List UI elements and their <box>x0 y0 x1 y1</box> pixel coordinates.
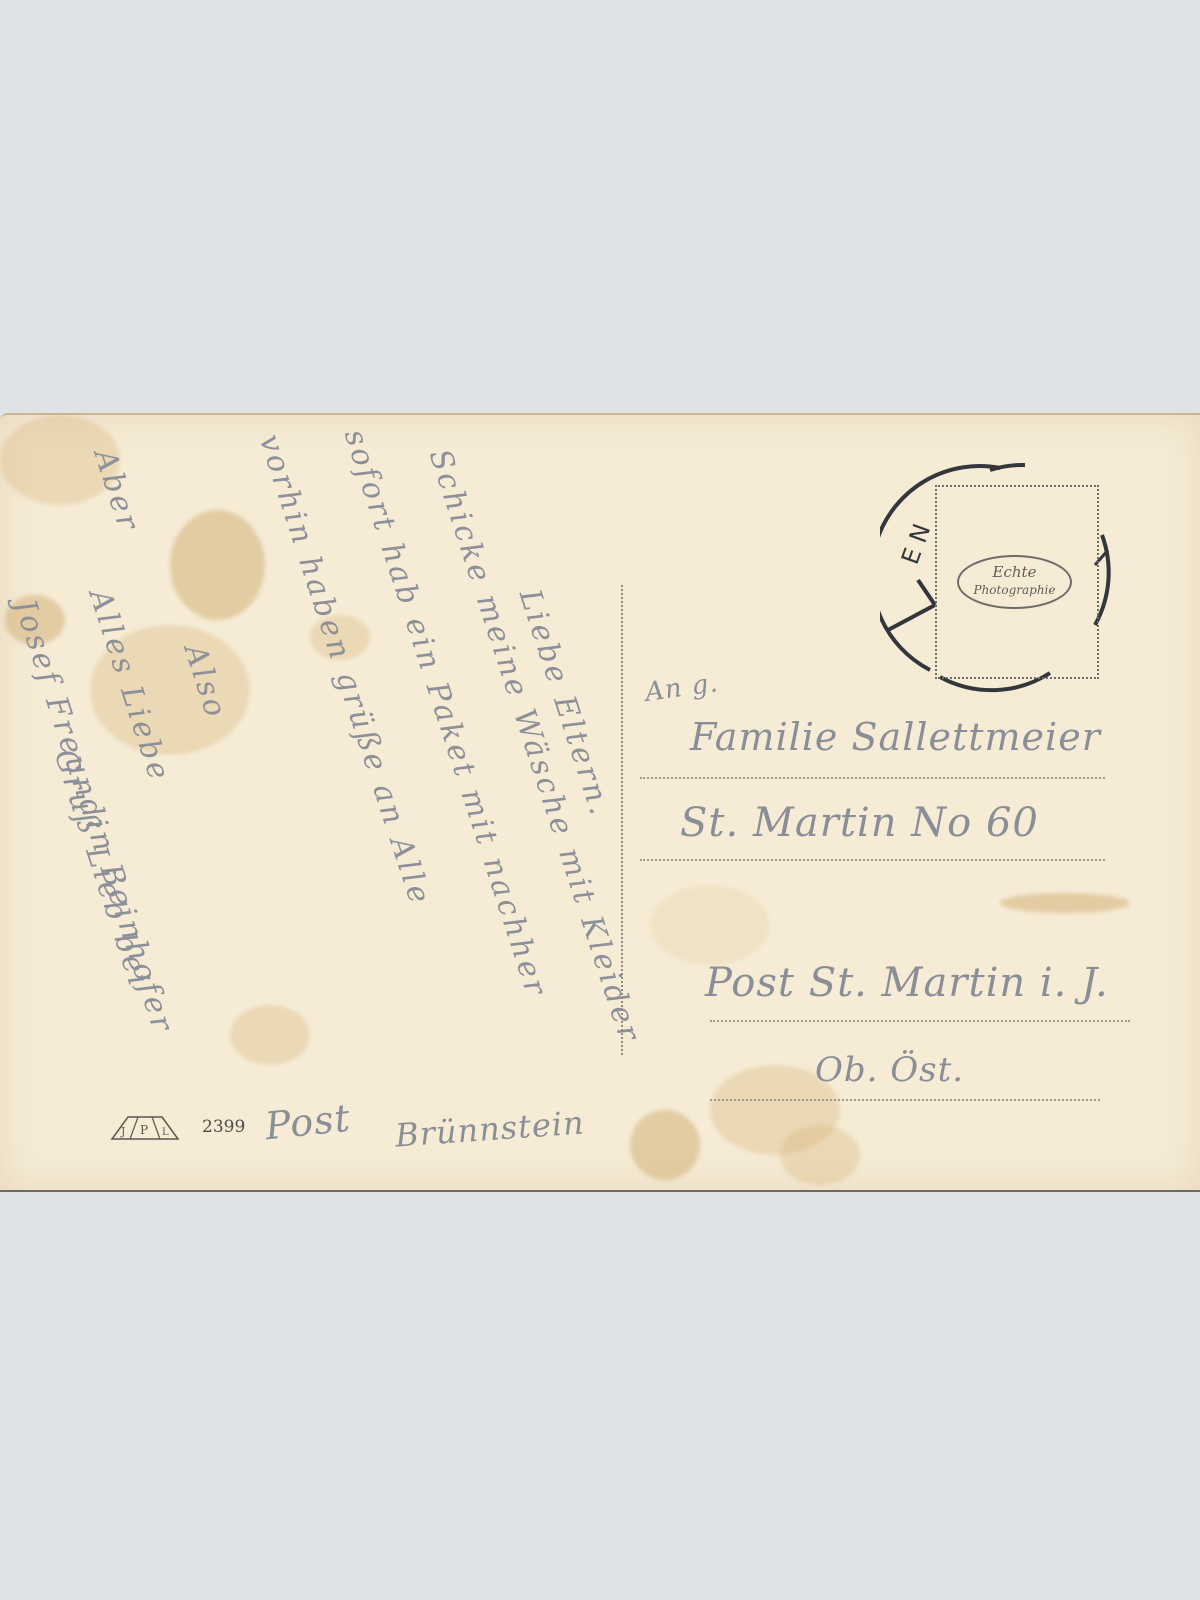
message-address-divider <box>621 585 623 1055</box>
stain <box>230 1005 310 1065</box>
stain <box>630 1110 700 1180</box>
address-prefix: An g. <box>643 668 720 708</box>
postmark-text: E N <box>896 520 936 568</box>
sender-post-label: Post <box>263 1096 353 1149</box>
address-region: Ob. Öst. <box>815 1050 964 1090</box>
stain <box>780 1125 860 1185</box>
imprint-line2: Photographie <box>959 581 1070 599</box>
svg-text:L: L <box>162 1127 169 1138</box>
address-line <box>640 777 1105 779</box>
stamp-placeholder: Echte Photographie <box>935 485 1099 679</box>
svg-text:J: J <box>120 1125 125 1138</box>
echte-photographie-imprint: Echte Photographie <box>957 555 1072 609</box>
svg-text:P: P <box>140 1123 148 1137</box>
address-line <box>710 1099 1100 1101</box>
stain <box>1000 893 1130 913</box>
sender-place: Brünnstein <box>394 1103 586 1154</box>
card-number: 2399 <box>202 1117 245 1137</box>
address-line <box>710 1020 1130 1022</box>
address-post-office: Post St. Martin i. J. <box>705 960 1109 1006</box>
publisher-logo-icon: J P L <box>110 1115 180 1141</box>
imprint-line1: Echte <box>959 563 1070 581</box>
stain <box>170 510 265 620</box>
address-line <box>640 859 1105 861</box>
stain <box>650 885 770 965</box>
address-recipient: Familie Sallettmeier <box>690 715 1101 759</box>
postcard-back: Liebe Eltern. Schicke meine Wäsche mit K… <box>0 413 1200 1192</box>
address-street: St. Martin No 60 <box>680 800 1039 846</box>
message-line: vorhin haben grüße an Alle <box>252 430 438 910</box>
